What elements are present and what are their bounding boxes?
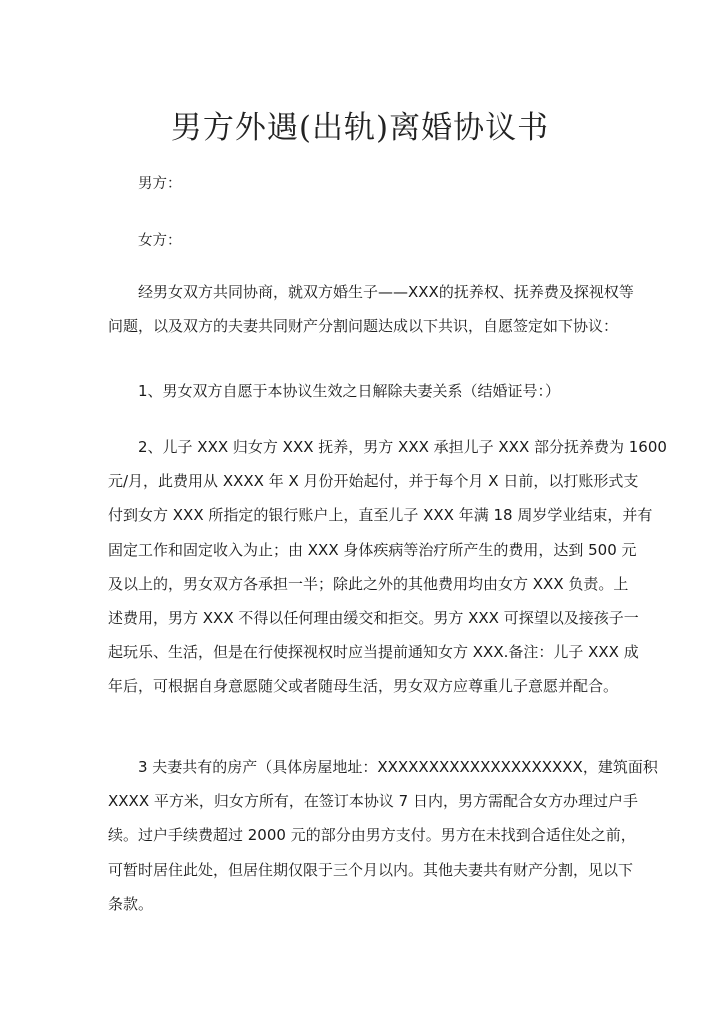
document-title: 男方外遇(出轨)离婚协议书 bbox=[0, 102, 720, 147]
husband-field-label: 男方： bbox=[138, 172, 182, 193]
paragraph-line: 3 夫妻共有的房产（具体房屋地址：XXXXXXXXXXXXXXXXXXXX，建筑… bbox=[108, 750, 602, 784]
paragraph-line: 2、儿子 XXX 归女方 XXX 抚养，男方 XXX 承担儿子 XXX 部分抚养… bbox=[108, 430, 602, 464]
paragraph-line: 起玩乐、生活，但是在行使探视权时应当提前通知女方 XXX.备注：儿子 XXX 成 bbox=[108, 635, 602, 669]
document-page: 男方外遇(出轨)离婚协议书 男方： 女方： 经男女双方共同协商，就双方婚生子——… bbox=[0, 0, 720, 1017]
paragraph-line: 年后，可根据自身意愿随父或者随母生活，男女双方应尊重儿子意愿并配合。 bbox=[108, 669, 602, 703]
paragraph-line: 条款。 bbox=[108, 887, 602, 921]
paragraph-line: 固定工作和固定收入为止；由 XXX 身体疾病等治疗所产生的费用，达到 500 元 bbox=[108, 533, 602, 567]
paragraph-line: 可暂时居住此处，但居住期仅限于三个月以内。其他夫妻共有财产分割，见以下 bbox=[108, 853, 602, 887]
paragraph-line: 付到女方 XXX 所指定的银行账户上，直至儿子 XXX 年满 18 周岁学业结束… bbox=[108, 498, 602, 532]
paragraph-line: 述费用，男方 XXX 不得以任何理由缓交和拒交。男方 XXX 可探望以及接孩子一 bbox=[108, 601, 602, 635]
paragraph-clause-1: 1、男女双方自愿于本协议生效之日解除夫妻关系（结婚证号：） bbox=[108, 374, 602, 408]
paragraph-intro: 经男女双方共同协商，就双方婚生子——XXX的抚养权、抚养费及探视权等 问题，以及… bbox=[108, 275, 602, 343]
paragraph-clause-2: 2、儿子 XXX 归女方 XXX 抚养，男方 XXX 承担儿子 XXX 部分抚养… bbox=[108, 430, 602, 704]
paragraph-line: XXXX 平方米，归女方所有，在签订本协议 7 日内，男方需配合女方办理过户手 bbox=[108, 784, 602, 818]
paragraph-clause-3: 3 夫妻共有的房产（具体房屋地址：XXXXXXXXXXXXXXXXXXXX，建筑… bbox=[108, 750, 602, 921]
paragraph-line: 元/月，此费用从 XXXX 年 X 月份开始起付，并于每个月 X 日前，以打账形… bbox=[108, 464, 602, 498]
paragraph-line: 1、男女双方自愿于本协议生效之日解除夫妻关系（结婚证号：） bbox=[108, 374, 602, 408]
paragraph-line: 经男女双方共同协商，就双方婚生子——XXX的抚养权、抚养费及探视权等 bbox=[108, 275, 602, 309]
paragraph-line: 问题，以及双方的夫妻共同财产分割问题达成以下共识，自愿签定如下协议： bbox=[108, 309, 602, 343]
wife-field-label: 女方： bbox=[138, 229, 182, 250]
paragraph-line: 续。过户手续费超过 2000 元的部分由男方支付。男方在未找到合适住处之前， bbox=[108, 818, 602, 852]
paragraph-line: 及以上的，男女双方各承担一半；除此之外的其他费用均由女方 XXX 负责。上 bbox=[108, 567, 602, 601]
